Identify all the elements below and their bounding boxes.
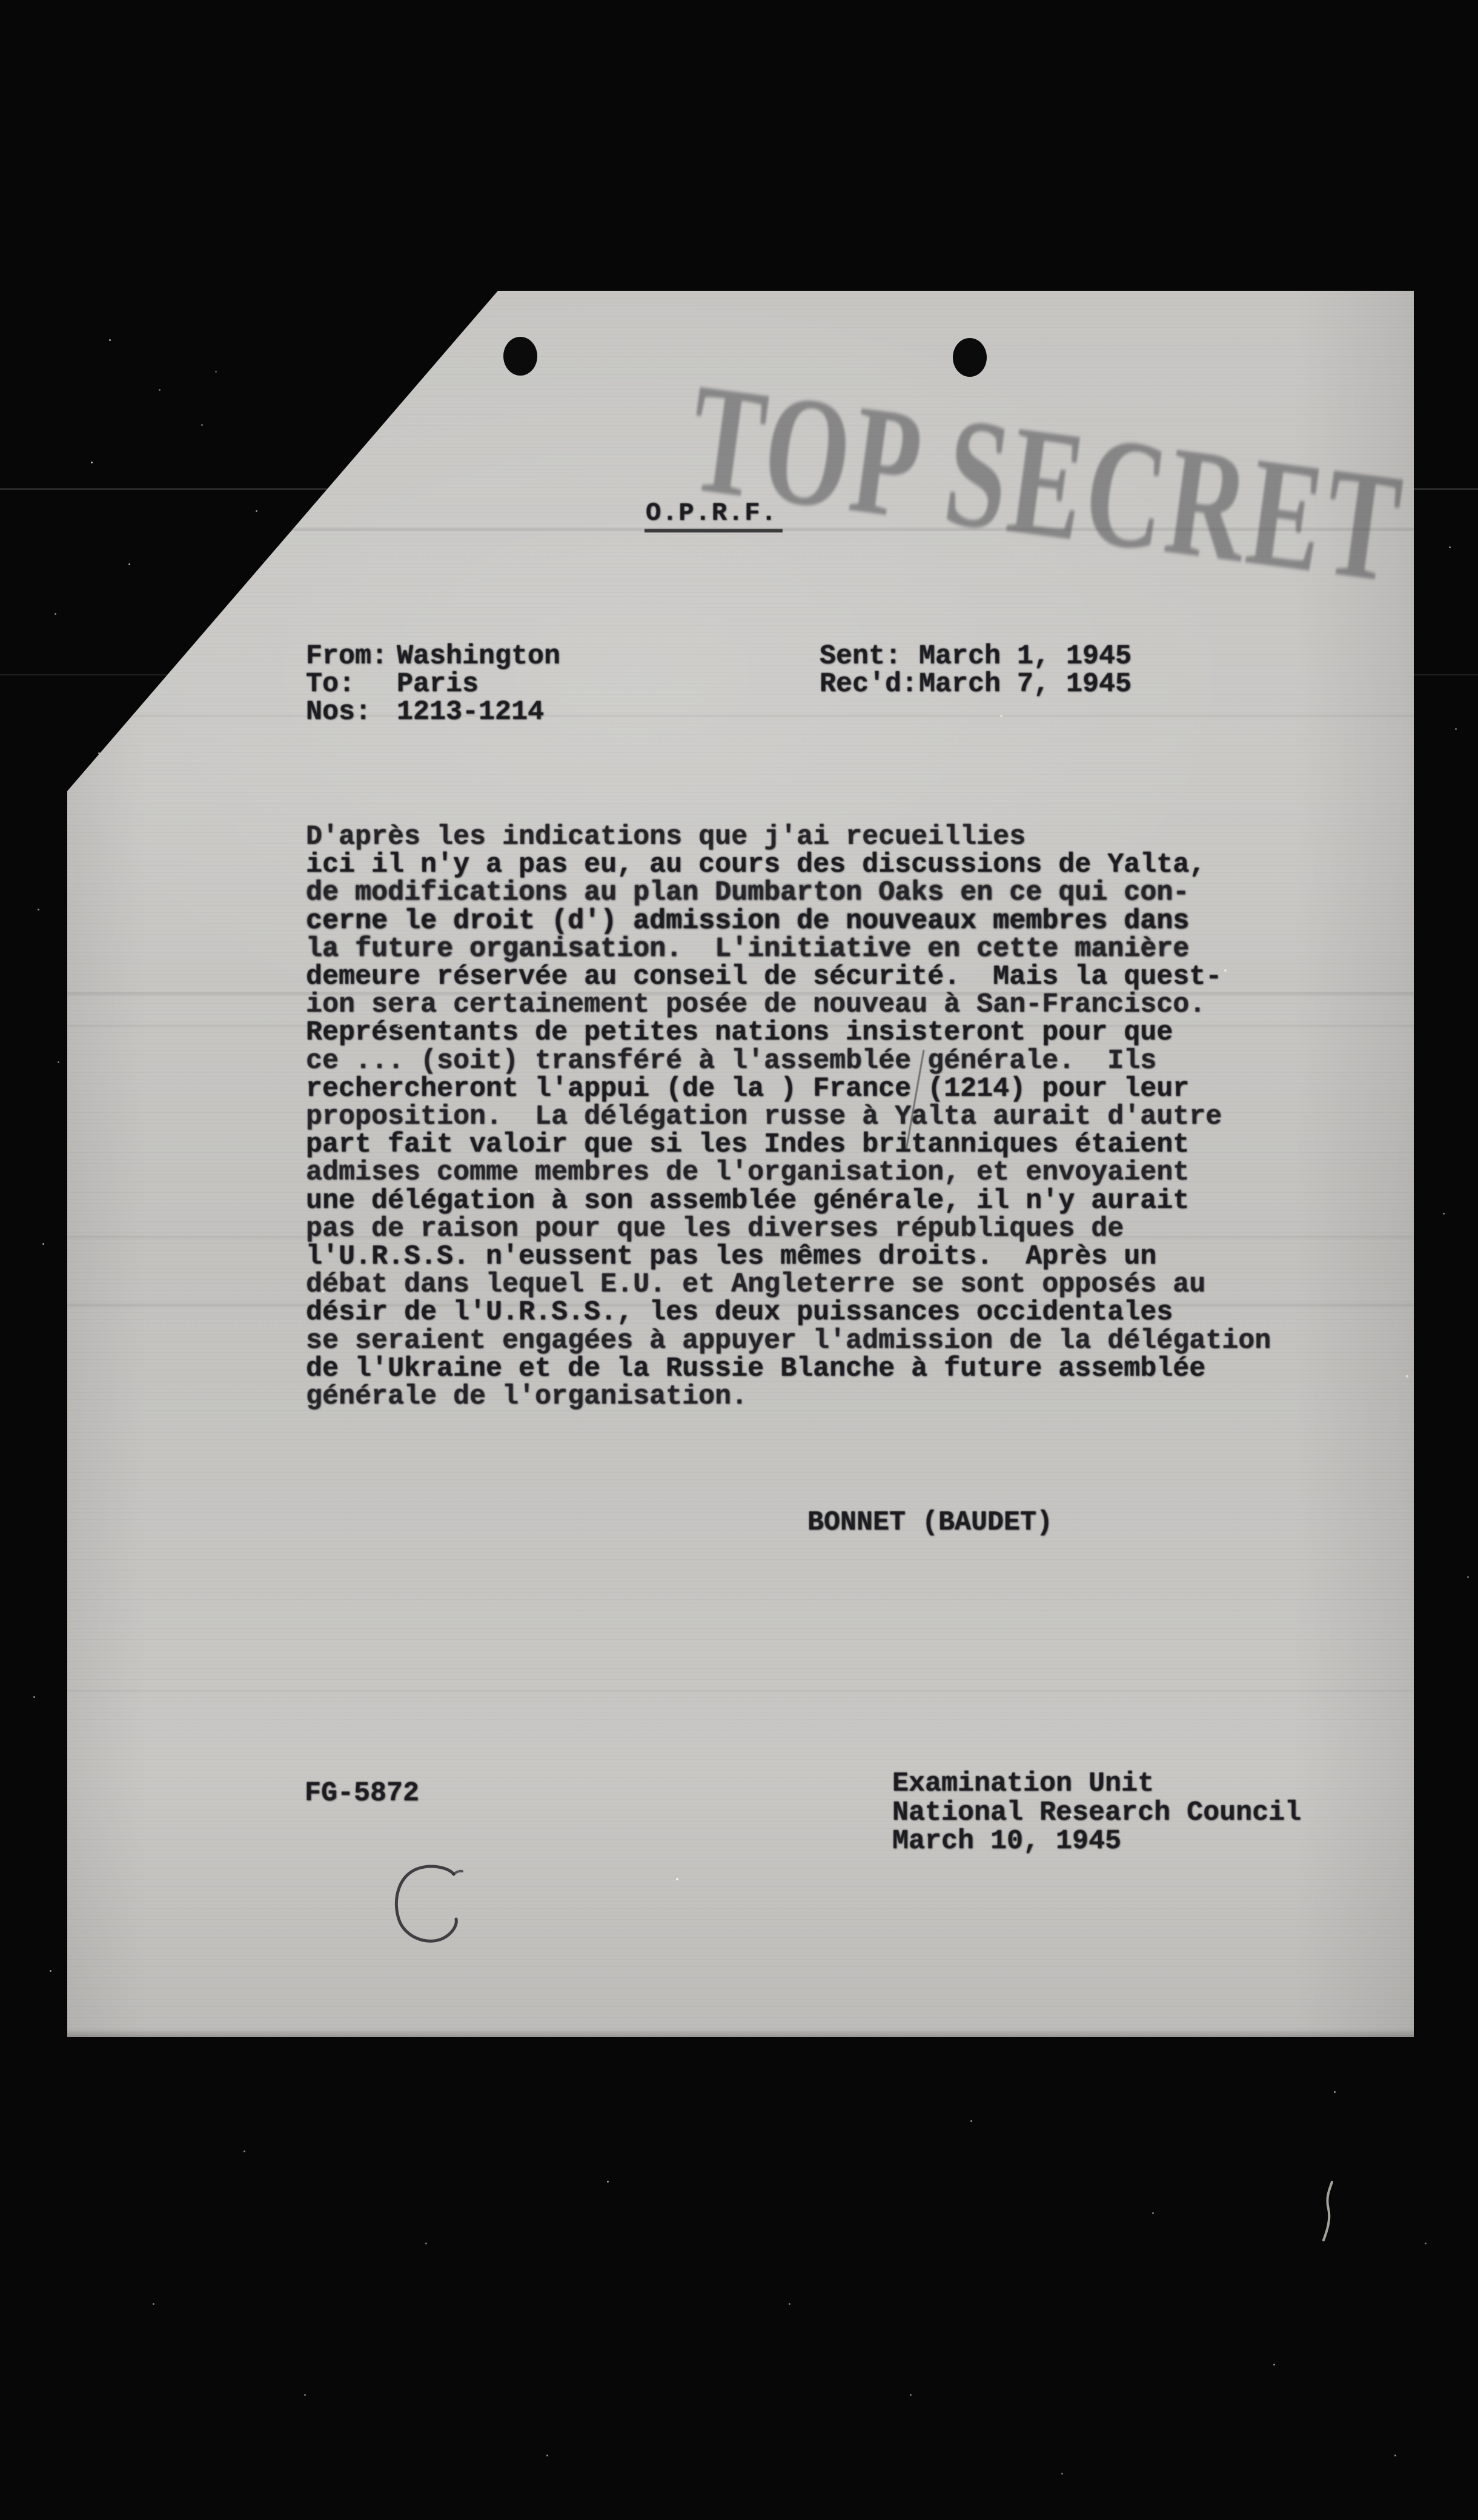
routing-block: From: Washington To: Paris Nos: 1213-121… [306,643,560,726]
examination-unit-block: Examination Unit National Research Counc… [892,1769,1301,1856]
sent-value: March 1, 1945 [919,643,1132,671]
body-line: proposition. La délégation russe à Yalta… [306,1103,1271,1131]
dates-block: Sent: March 1, 1945 Rec'd: March 7, 1945 [820,643,1132,698]
footer-line: Examination Unit [892,1769,1301,1799]
body-line: D'après les indications que j'ai recueil… [306,823,1271,851]
body-line: débat dans lequel E.U. et Angleterre se … [306,1271,1271,1299]
top-secret-stamp: TOP SECRET [681,359,1411,607]
scratch-mark [1317,2181,1342,2244]
meta-row-to: To: Paris [306,671,560,698]
punch-hole-icon [503,337,537,376]
scan-band [67,1690,1414,1692]
punch-hole-icon [953,338,987,377]
scan-band [67,715,1414,717]
footer-line: National Research Council [892,1799,1301,1828]
nos-value: 1213-1214 [397,698,544,726]
body-line: Représentants de petites nations insiste… [306,1019,1271,1047]
meta-row-sent: Sent: March 1, 1945 [820,643,1132,671]
meta-row-nos: Nos: 1213-1214 [306,698,560,726]
message-body: D'après les indications que j'ai recueil… [306,823,1271,1411]
body-line: ion sera certainement posée de nouveau à… [306,991,1271,1019]
body-line: pas de raison pour que les diverses répu… [306,1215,1271,1243]
body-line: admises comme membres de l'organisation,… [306,1159,1271,1187]
handwritten-mark [391,1861,469,1955]
body-line: ici il n'y a pas eu, au cours des discus… [306,851,1271,879]
body-line: l'U.R.S.S. n'eussent pas les mêmes droit… [306,1243,1271,1271]
meta-row-from: From: Washington [306,643,560,671]
sent-label: Sent: [820,643,919,671]
scanned-document-screen: { "doc": { "stamp": "TOP SECRET", "headi… [0,0,1478,2520]
body-line: rechercheront l'appui (de la ) France (1… [306,1075,1271,1103]
meta-row-recd: Rec'd: March 7, 1945 [820,671,1132,698]
body-line: la future organisation. L'initiative en … [306,935,1271,963]
body-line: ce ... (soit) transféré à l'assemblée gé… [306,1047,1271,1075]
from-value: Washington [397,643,560,671]
body-line: cerne le droit (d') admission de nouveau… [306,907,1271,935]
body-line: se seraient engagées à appuyer l'admissi… [306,1327,1271,1355]
document-heading: O.P.R.F. [645,500,783,532]
body-line: une délégation à son assemblée générale,… [306,1187,1271,1215]
signature: BONNET (BAUDET) [807,1507,1053,1538]
paper-flecks [67,291,70,293]
reference-number: FG-5872 [305,1778,419,1809]
recd-label: Rec'd: [820,671,919,698]
from-label: From: [306,643,397,671]
scan-dust [0,0,2,2]
body-line: part fait valoir que si les Indes britan… [306,1131,1271,1159]
footer-line: March 10, 1945 [892,1827,1301,1856]
recd-value: March 7, 1945 [919,671,1132,698]
document-page: TOP SECRET O.P.R.F. From: Washington To:… [67,291,1414,2037]
body-line: de l'Ukraine et de la Russie Blanche à f… [306,1355,1271,1383]
body-line: demeure réservée au conseil de sécurité.… [306,963,1271,991]
body-line: de modifications au plan Dumbarton Oaks … [306,879,1271,907]
body-line: générale de l'organisation. [306,1383,1271,1411]
body-line: désir de l'U.R.S.S., les deux puissances… [306,1299,1271,1327]
nos-label: Nos: [306,698,397,726]
to-label: To: [306,671,397,698]
to-value: Paris [397,671,479,698]
